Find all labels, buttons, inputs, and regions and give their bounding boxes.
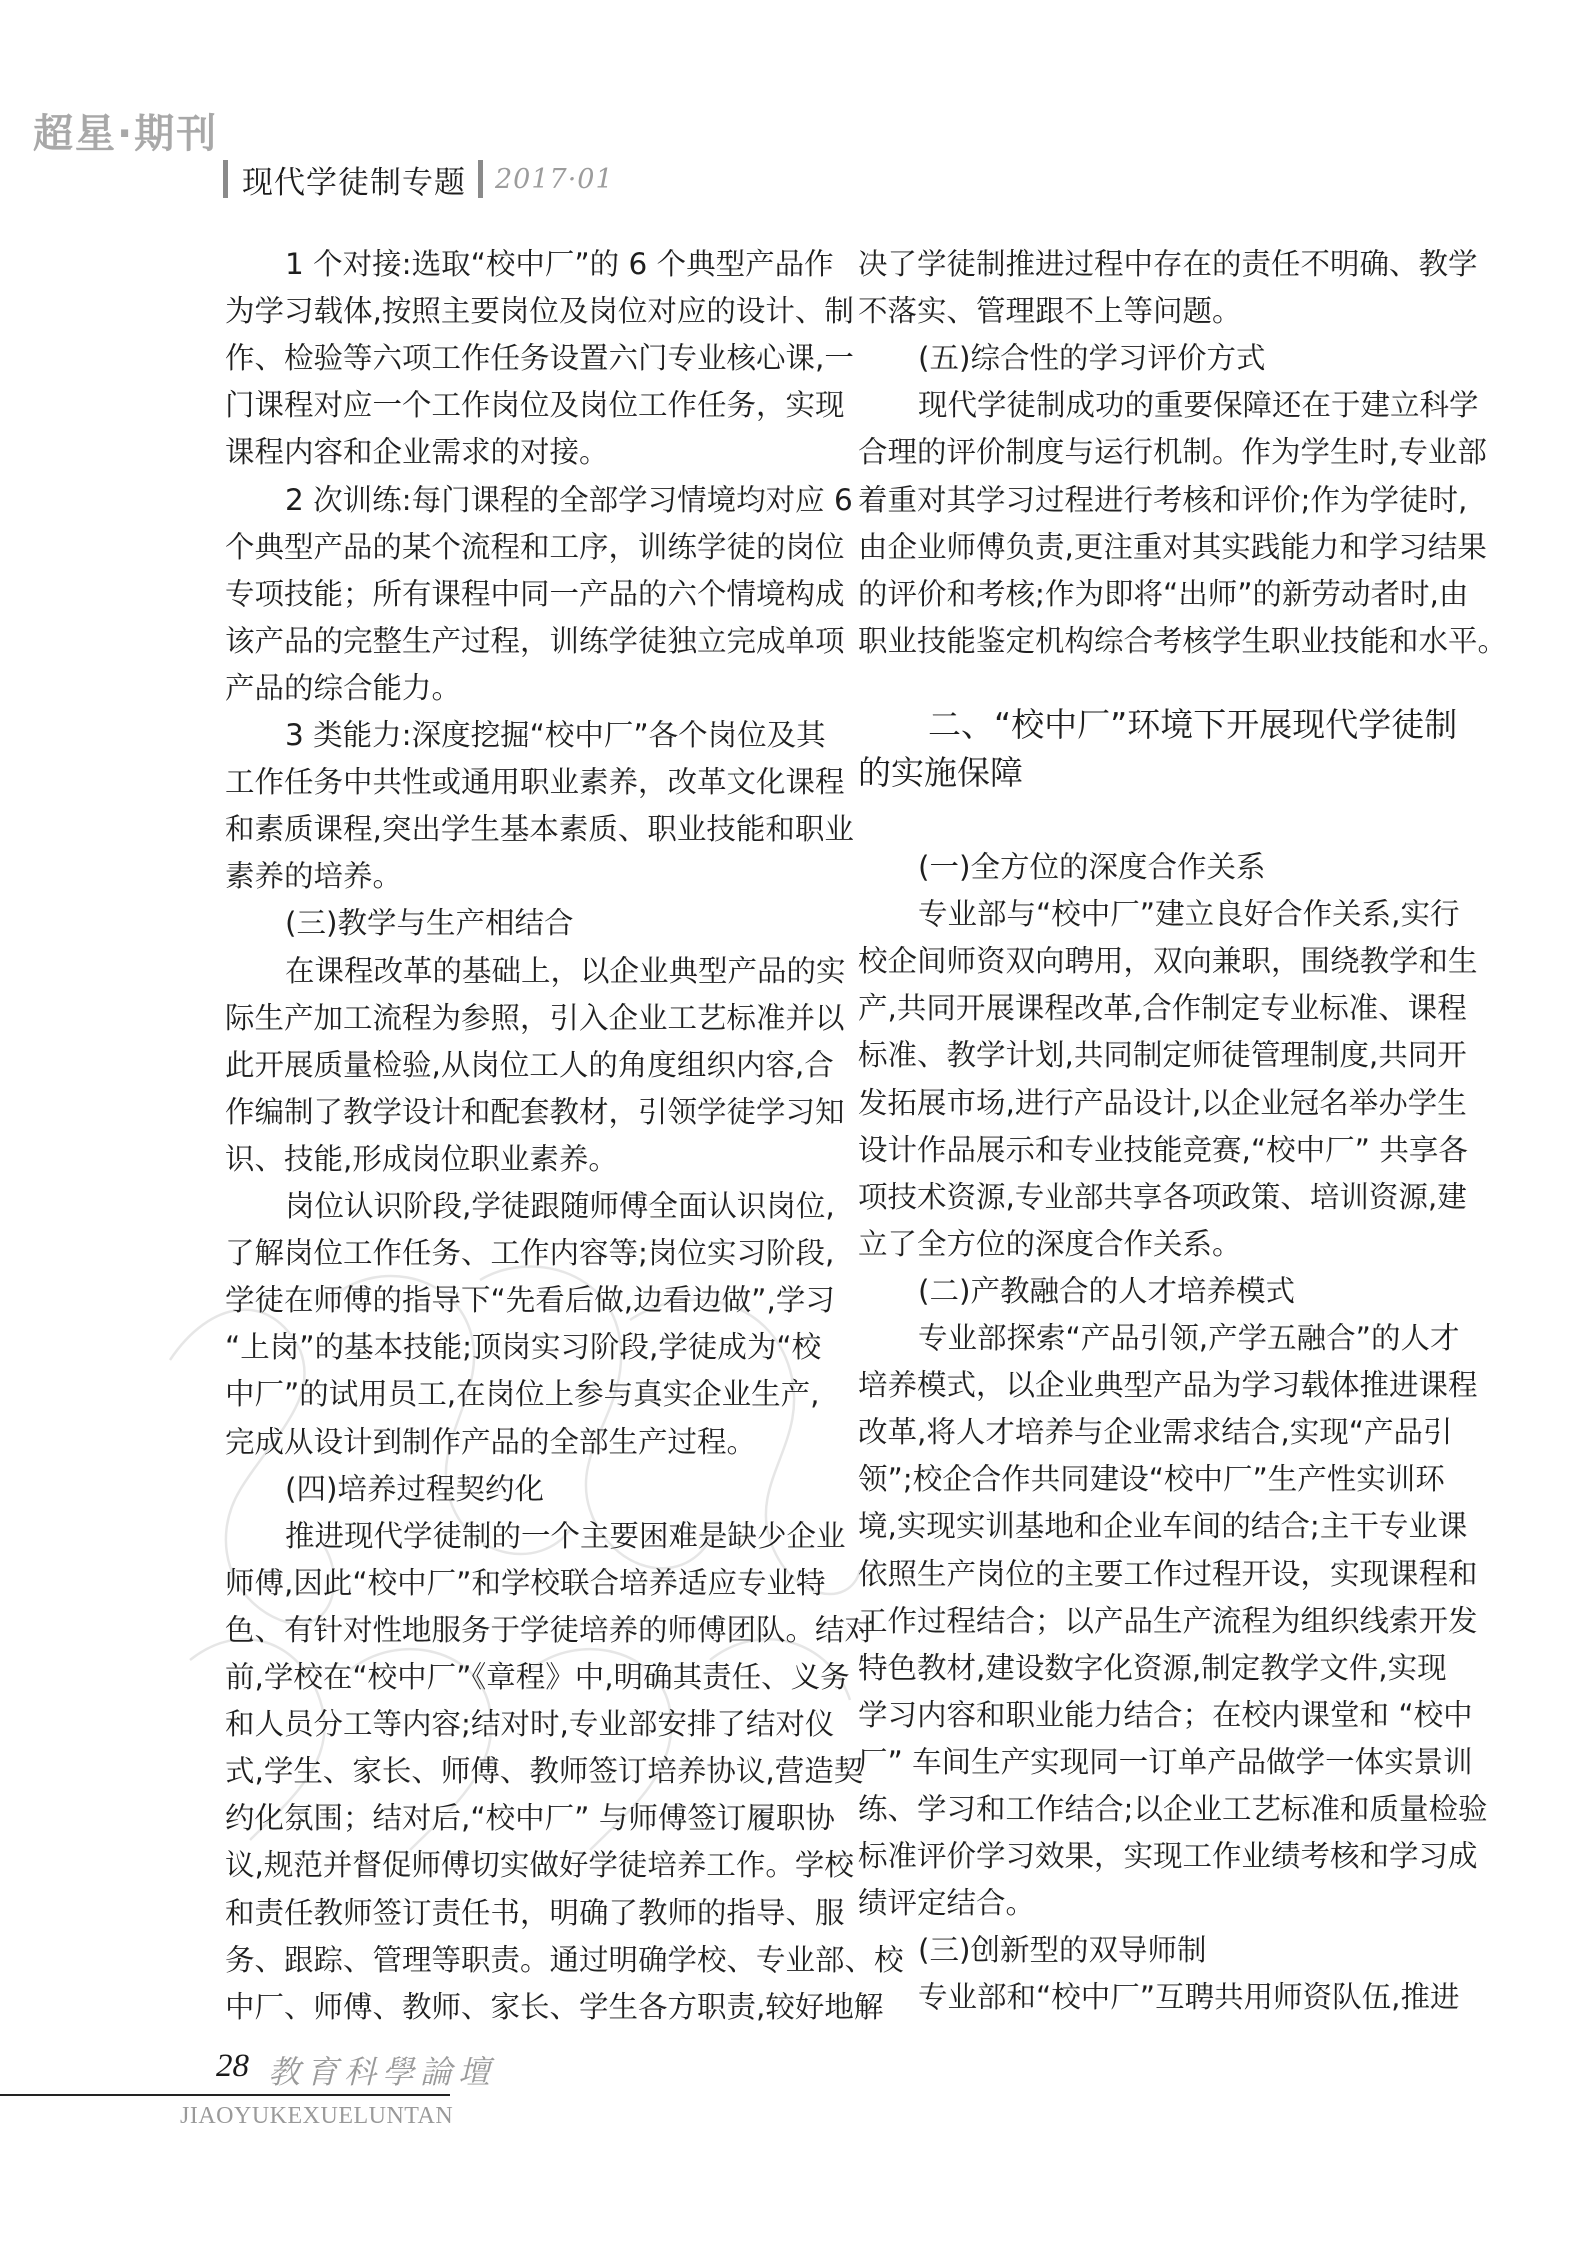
section-heading: 二、“校中厂”环境下开展现代学徒制 xyxy=(858,702,1443,748)
text-line: 合理的评价制度与运行机制。作为学生时,专业部 xyxy=(858,432,1443,472)
text-line: 专业部和“校中厂”互聘共用师资队伍,推进 xyxy=(858,1977,1443,2017)
text-line: 学习内容和职业能力结合；在校内课堂和 “校中 xyxy=(858,1695,1443,1735)
text-line: 和人员分工等内容;结对时,专业部安排了结对仪 xyxy=(225,1704,809,1744)
text-line: 特色教材,建设数字化资源,制定教学文件,实现 xyxy=(858,1648,1443,1688)
footer-rule xyxy=(0,2094,450,2096)
subsection-heading: (五)综合性的学习评价方式 xyxy=(858,338,1443,378)
subsection-heading: (一)全方位的深度合作关系 xyxy=(858,847,1443,887)
text-line: 标准评价学习效果，实现工作业绩考核和学习成 xyxy=(858,1836,1443,1876)
text-line: 决了学徒制推进过程中存在的责任不明确、教学 xyxy=(858,244,1443,284)
text-line: 色、有针对性地服务于学徒培养的师傅团队。结对 xyxy=(225,1610,809,1650)
text-line: 师傅,因此“校中厂”和学校联合培养适应专业特 xyxy=(225,1563,809,1603)
subsection-heading: (四)培养过程契约化 xyxy=(225,1469,809,1509)
text-line: 了解岗位工作任务、工作内容等;岗位实习阶段, xyxy=(225,1233,809,1273)
text-line: 校企间师资双向聘用，双向兼职，围绕教学和生 xyxy=(858,941,1443,981)
text-line: 现代学徒制成功的重要保障还在于建立科学 xyxy=(858,385,1443,425)
text-line: 专项技能；所有课程中同一产品的六个情境构成 xyxy=(225,574,809,614)
text-line: 立了全方位的深度合作关系。 xyxy=(858,1224,1443,1264)
text-line: 此开展质量检验,从岗位工人的角度组织内容,合 xyxy=(225,1045,809,1085)
text-line: 工作任务中共性或通用职业素养，改革文化课程 xyxy=(225,762,809,802)
text-line: 绩评定结合。 xyxy=(858,1883,1443,1923)
text-line: 前,学校在“校中厂”《章程》中,明确其责任、义务 xyxy=(225,1657,809,1697)
text-line: 式,学生、家长、师傅、教师签订培养协议,营造契 xyxy=(225,1751,809,1791)
text-line: 着重对其学习过程进行考核和评价;作为学徒时, xyxy=(858,480,1443,520)
text-line: 中厂、师傅、教师、家长、学生各方职责,较好地解 xyxy=(225,1987,809,2027)
section-heading: 的实施保障 xyxy=(858,750,1443,796)
subsection-heading: (二)产教融合的人才培养模式 xyxy=(858,1271,1443,1311)
page-number: 28 xyxy=(216,2048,249,2085)
header-divider xyxy=(223,160,228,198)
text-line: 作编制了教学设计和配套教材，引领学徒学习知 xyxy=(225,1092,809,1132)
issue-date: 2017·01 xyxy=(495,164,614,195)
brand-watermark: 超星·期刊 xyxy=(33,102,218,159)
text-line: 改革,将人才培养与企业需求结合,实现“产品引 xyxy=(858,1412,1443,1452)
text-line: 专业部与“校中厂”建立良好合作关系,实行 xyxy=(858,894,1443,934)
text-line: 门课程对应一个工作岗位及岗位工作任务，实现 xyxy=(225,385,809,425)
text-line: 务、跟踪、管理等职责。通过明确学校、专业部、校 xyxy=(225,1940,809,1980)
text-line: 个典型产品的某个流程和工序，训练学徒的岗位 xyxy=(225,527,809,567)
text-line: 1 个对接:选取“校中厂”的 6 个典型产品作 xyxy=(225,244,809,284)
text-line: 工作过程结合；以产品生产流程为组织线索开发 xyxy=(858,1601,1443,1641)
text-line: 厂” 车间生产实现同一订单产品做学一体实景训 xyxy=(858,1742,1443,1782)
text-line: 项技术资源,专业部共享各项政策、培训资源,建 xyxy=(858,1177,1443,1217)
subsection-heading: (三)教学与生产相结合 xyxy=(225,903,809,943)
text-line: 不落实、管理跟不上等问题。 xyxy=(858,291,1443,331)
text-line: 标准、教学计划,共同制定师徒管理制度,共同开 xyxy=(858,1035,1443,1075)
text-line: 岗位认识阶段,学徒跟随师傅全面认识岗位, xyxy=(225,1186,809,1226)
text-line: 和素质课程,突出学生基本素质、职业技能和职业 xyxy=(225,809,809,849)
journal-name: 教育科學論壇 xyxy=(268,2047,496,2093)
text-line: 练、学习和工作结合;以企业工艺标准和质量检验 xyxy=(858,1789,1443,1829)
section-title: 现代学徒制专题 xyxy=(242,157,466,202)
text-line: 设计作品展示和专业技能竞赛,“校中厂” 共享各 xyxy=(858,1130,1443,1170)
text-line: 识、技能,形成岗位职业素养。 xyxy=(225,1139,809,1179)
text-line: 产,共同开展课程改革,合作制定专业标准、课程 xyxy=(858,988,1443,1028)
journal-pinyin: JIAOYUKEXUELUNTAN xyxy=(180,2103,453,2130)
text-line: 该产品的完整生产过程，训练学徒独立完成单项 xyxy=(225,621,809,661)
text-line: 依照生产岗位的主要工作过程开设，实现课程和 xyxy=(858,1554,1443,1594)
text-line: 由企业师傅负责,更注重对其实践能力和学习结果 xyxy=(858,527,1443,567)
text-line: 的评价和考核;作为即将“出师”的新劳动者时,由 xyxy=(858,574,1443,614)
text-line: 课程内容和企业需求的对接。 xyxy=(225,432,809,472)
text-line: 作、检验等六项工作任务设置六门专业核心课,一 xyxy=(225,338,809,378)
text-line: 领”;校企合作共同建设“校中厂”生产性实训环 xyxy=(858,1459,1443,1499)
text-line: 境,实现实训基地和企业车间的结合;主干专业课 xyxy=(858,1506,1443,1546)
subsection-heading: (三)创新型的双导师制 xyxy=(858,1930,1443,1970)
text-line: 议,规范并督促师傅切实做好学徒培养工作。学校 xyxy=(225,1845,809,1885)
text-line: 专业部探索“产品引领,产学五融合”的人才 xyxy=(858,1318,1443,1358)
text-line: 发拓展市场,进行产品设计,以企业冠名举办学生 xyxy=(858,1083,1443,1123)
text-line: 学徒在师傅的指导下“先看后做,边看边做”,学习 xyxy=(225,1280,809,1320)
text-line: “上岗”的基本技能;顶岗实习阶段,学徒成为“校 xyxy=(225,1327,809,1367)
text-line: 完成从设计到制作产品的全部生产过程。 xyxy=(225,1422,809,1462)
running-header: 现代学徒制专题 2017·01 xyxy=(223,160,614,198)
text-line: 中厂”的试用员工,在岗位上参与真实企业生产, xyxy=(225,1374,809,1414)
text-line: 培养模式，以企业典型产品为学习载体推进课程 xyxy=(858,1365,1443,1405)
header-divider xyxy=(478,160,483,198)
text-line: 约化氛围；结对后,“校中厂” 与师傅签订履职协 xyxy=(225,1798,809,1838)
text-line: 职业技能鉴定机构综合考核学生职业技能和水平。 xyxy=(858,621,1443,661)
text-line: 产品的综合能力。 xyxy=(225,668,809,708)
text-line: 3 类能力:深度挖掘“校中厂”各个岗位及其 xyxy=(225,715,809,755)
text-line: 推进现代学徒制的一个主要困难是缺少企业 xyxy=(225,1516,809,1556)
text-line: 为学习载体,按照主要岗位及岗位对应的设计、制 xyxy=(225,291,809,331)
text-line: 在课程改革的基础上，以企业典型产品的实 xyxy=(225,951,809,991)
text-line: 2 次训练:每门课程的全部学习情境均对应 6 xyxy=(225,480,809,520)
text-line: 素养的培养。 xyxy=(225,856,809,896)
text-line: 和责任教师签订责任书，明确了教师的指导、服 xyxy=(225,1893,809,1933)
text-line: 际生产加工流程为参照，引入企业工艺标准并以 xyxy=(225,998,809,1038)
